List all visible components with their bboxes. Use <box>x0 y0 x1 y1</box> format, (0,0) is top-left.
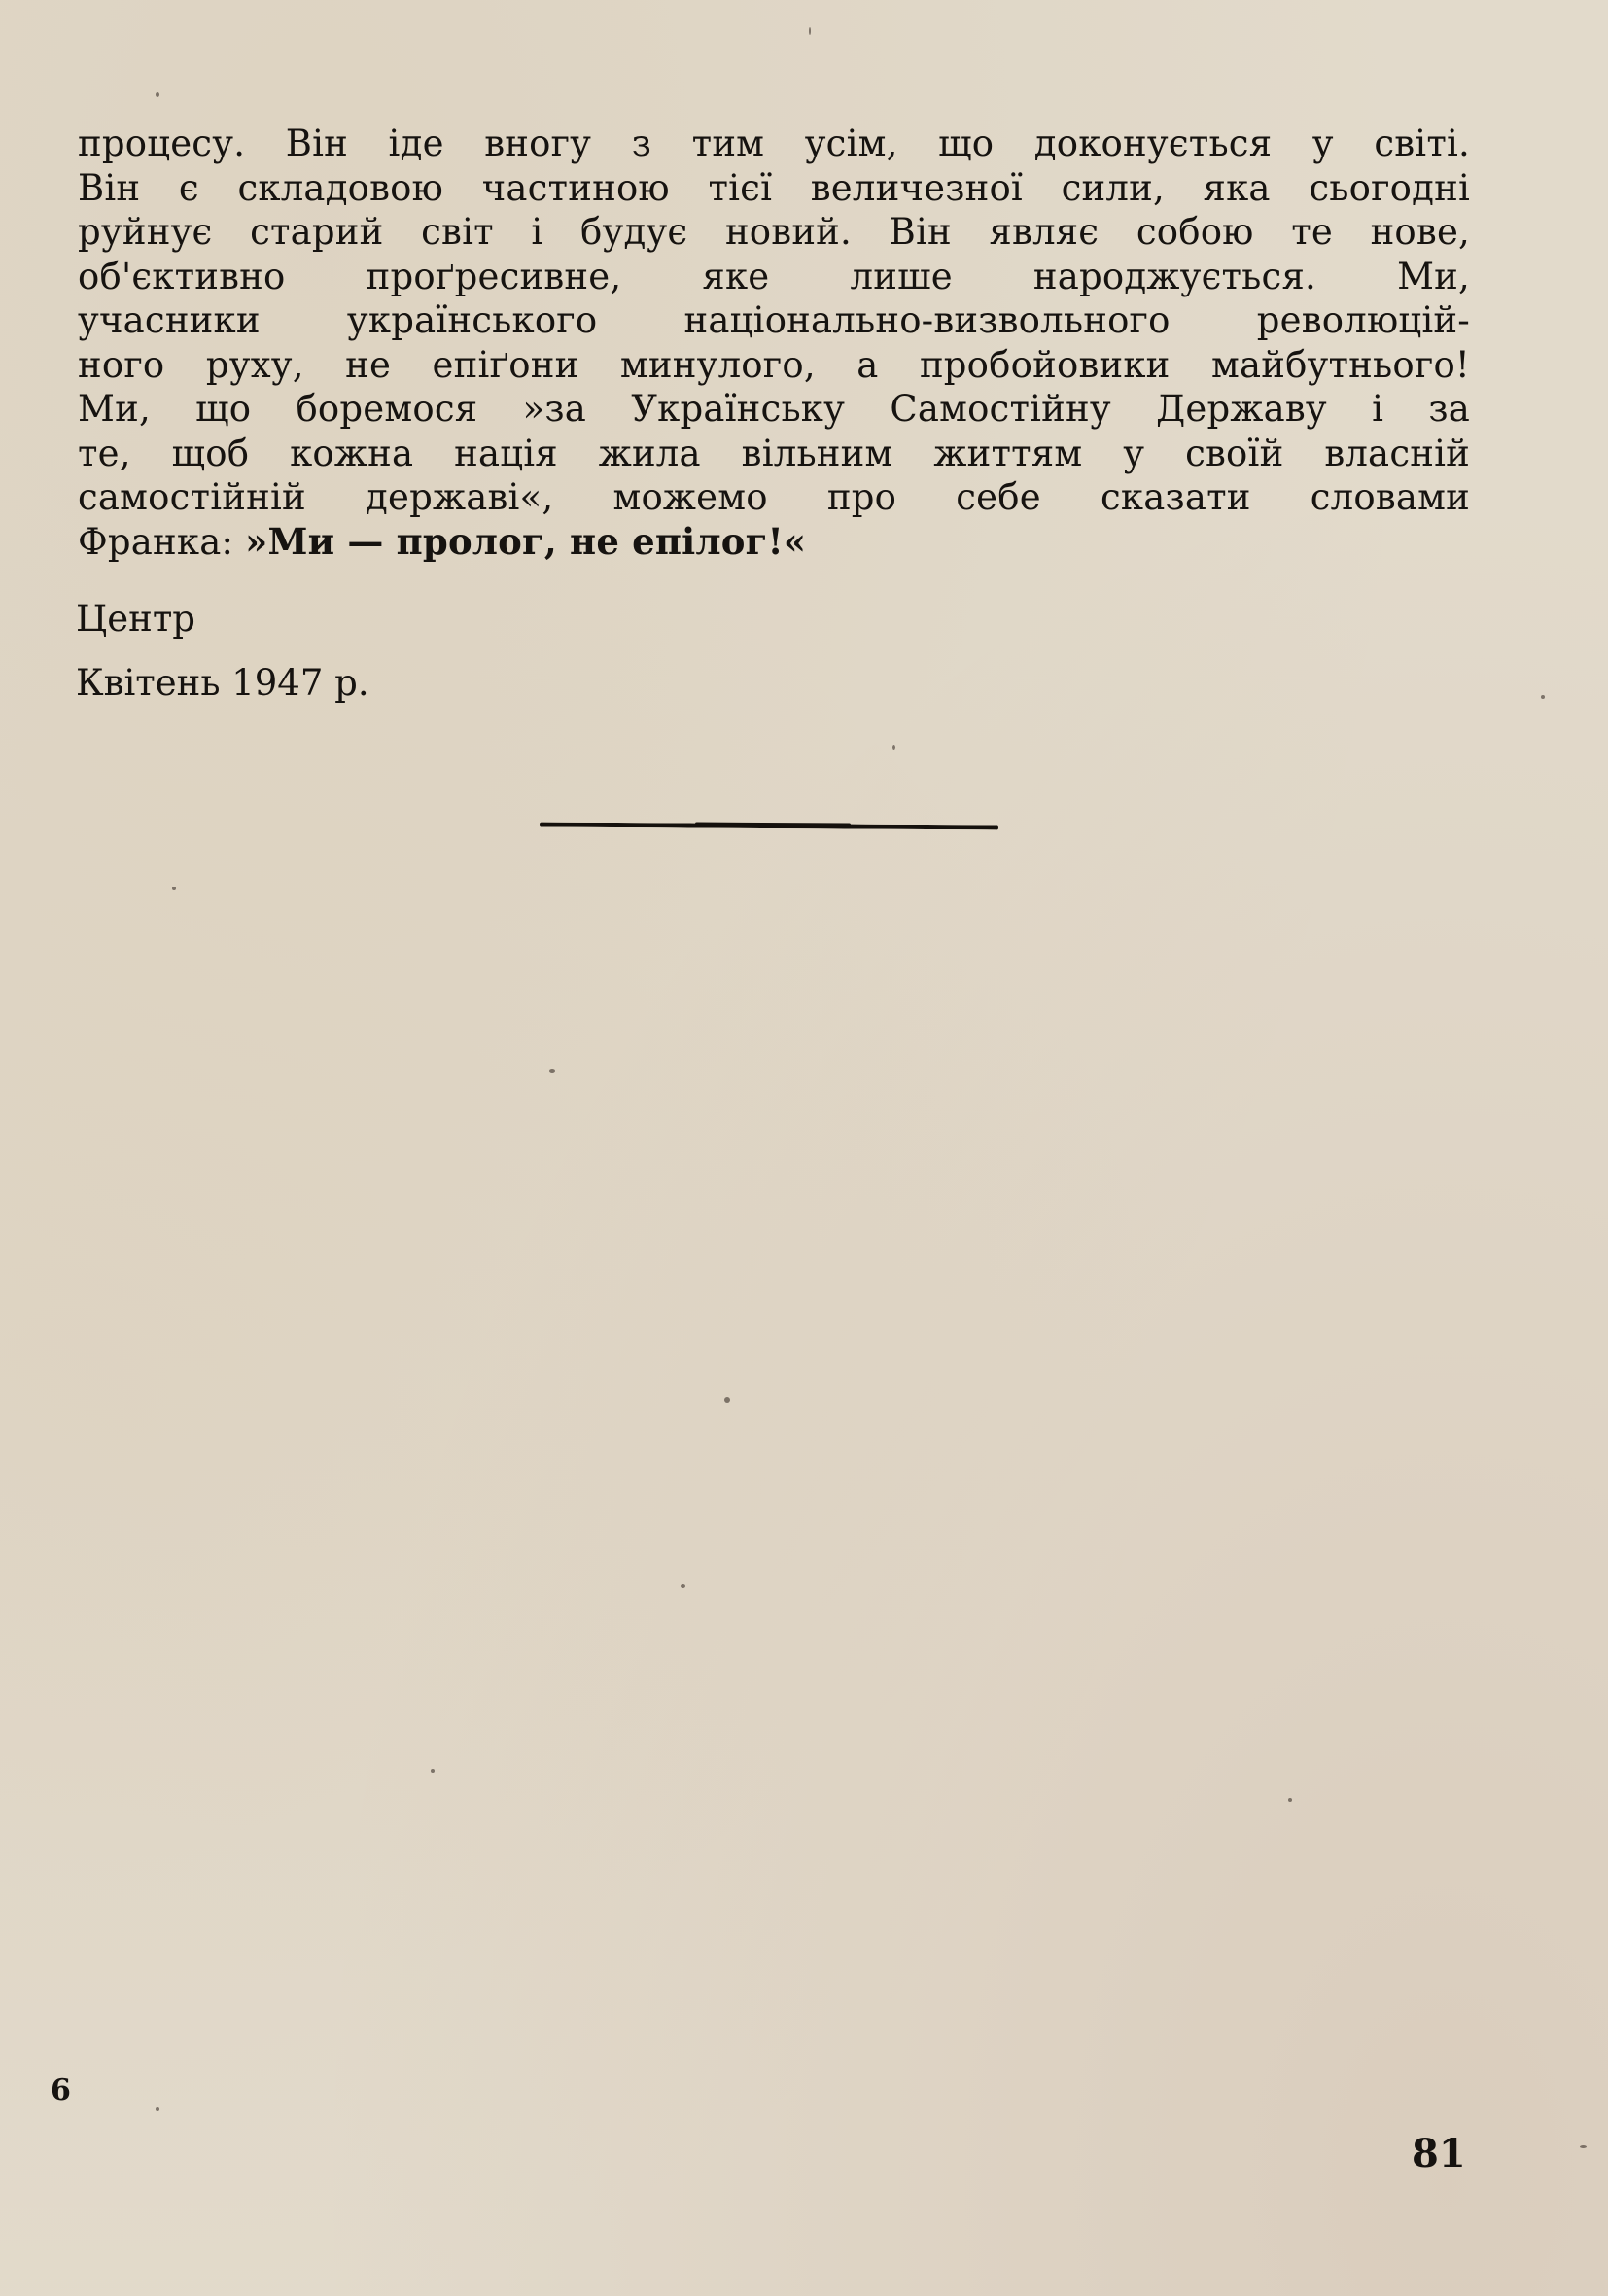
section-divider-rule <box>540 823 998 830</box>
text-line: учасники українського національно-визвол… <box>78 298 1470 343</box>
document-page: процесу. Він іде вногу з тим усім, що до… <box>0 0 1608 2296</box>
paper-speck <box>431 1769 435 1773</box>
signature-author: Центр <box>76 597 195 641</box>
paper-speck <box>681 1584 685 1588</box>
text-line: Ми, що боремося »за Українську Самостійн… <box>78 387 1470 432</box>
paper-speck <box>156 2107 159 2111</box>
text-line-quote: Франка: »Ми — пролог, не епілог!« <box>78 520 1470 565</box>
paper-speck <box>724 1397 730 1403</box>
paper-speck <box>549 1069 555 1073</box>
text-line: об'єктивно проґресивне, яке лише народжу… <box>78 255 1470 299</box>
paper-speck <box>1541 695 1545 699</box>
text-line: те, щоб кожна нація жила вільним життям … <box>78 432 1470 476</box>
quote-prefix: Франка: <box>78 521 245 563</box>
paper-speck <box>892 745 895 750</box>
text-line: руйнує старий світ і будує новий. Він яв… <box>78 210 1470 255</box>
body-paragraph: процесу. Він іде вногу з тим усім, що до… <box>78 122 1470 564</box>
paper-speck <box>172 887 176 890</box>
paper-speck <box>809 27 811 35</box>
text-line: Він є складовою частиною тієї величезної… <box>78 166 1470 211</box>
page-number: 81 <box>1412 2131 1466 2176</box>
signature-date: Квітень 1947 р. <box>76 661 369 705</box>
text-line: ного руху, не епіґони минулого, а пробой… <box>78 343 1470 388</box>
text-line: самостійній державі«, можемо про себе ск… <box>78 475 1470 520</box>
paper-speck <box>1288 1798 1292 1802</box>
signature-mark: 6 <box>51 2073 71 2107</box>
paper-speck <box>156 92 159 97</box>
text-line: процесу. Він іде вногу з тим усім, що до… <box>78 122 1470 166</box>
paper-speck <box>1580 2145 1587 2148</box>
franko-quote: »Ми — пролог, не епілог!« <box>245 520 806 563</box>
